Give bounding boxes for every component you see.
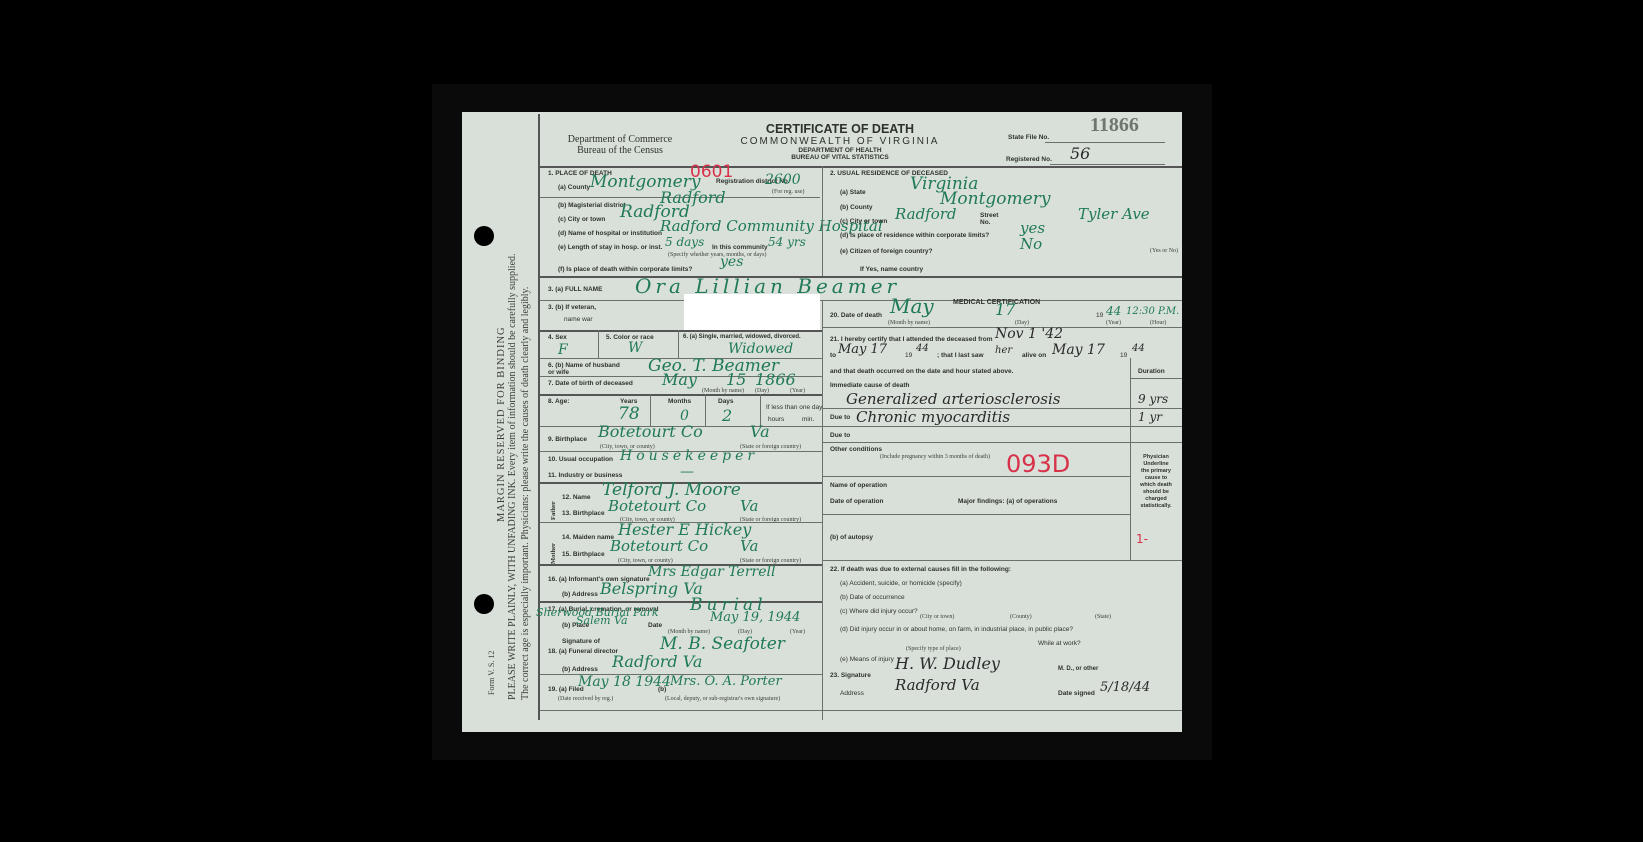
due-to-1-value: Chronic myocarditis	[856, 408, 1010, 426]
certificate-title: CERTIFICATE OF DEATH	[720, 122, 960, 136]
informant-signature-value: Mrs Edgar Terrell	[648, 564, 775, 580]
death-day-value: 17	[995, 300, 1015, 319]
binding-margin-label: MARGIN RESERVED FOR BINDING	[496, 326, 507, 522]
due-to-1-duration-value: 1 yr	[1138, 410, 1162, 424]
reg-district-value: 2600	[765, 172, 801, 188]
death-year-value: 44	[1106, 304, 1121, 318]
father-birth-value: Botetourt Co	[608, 497, 706, 515]
age-years-value: 78	[618, 404, 640, 424]
director-address-value: Radford Va	[612, 652, 702, 671]
date-signed-value: 5/18/44	[1100, 680, 1150, 695]
death-month-value: May	[890, 294, 934, 318]
certificate-form: Department of Commerce Bureau of the Cen…	[538, 114, 1182, 720]
duration-header: Duration	[1138, 368, 1165, 375]
age-days-value: 2	[722, 406, 732, 425]
mother-birth-value: Botetourt Co	[610, 537, 708, 555]
physician-signature-value: H. W. Dudley	[895, 654, 1000, 673]
death-corporate-value: yes	[720, 254, 743, 270]
informant-address-value: Belspring Va	[600, 579, 703, 598]
race-value: W	[628, 340, 642, 356]
dob-month-value: May	[662, 370, 697, 389]
birthplace-value: Botetourt Co	[598, 422, 703, 441]
physician-address-value: Radford Va	[895, 676, 980, 694]
community-value: 54 yrs	[768, 235, 806, 249]
residence-street-value: Tyler Ave	[1078, 205, 1150, 223]
burial-date-value: May 19, 1944	[710, 610, 800, 625]
sex-value: F	[558, 342, 568, 358]
birthplace-state-value: Va	[750, 422, 770, 441]
residence-city-value: Radford	[895, 205, 957, 223]
citizen-value: No	[1020, 235, 1042, 253]
immediate-duration-value: 9 yrs	[1138, 392, 1168, 406]
dept-commerce: Department of Commerce Bureau of the Cen…	[550, 134, 690, 156]
state-file-number: 11866	[1090, 114, 1139, 137]
instructions-line-1: PLEASE WRITE PLAINLY, WITH UNFADING INK.…	[507, 253, 518, 700]
side-mark: 1-	[1136, 532, 1148, 546]
code-stamp-093d: 093D	[1006, 450, 1070, 478]
death-hour-value: 12:30 P.M.	[1126, 306, 1179, 317]
alive-on-value: May 17	[1052, 342, 1105, 358]
filed-date-value: May 18 1944	[578, 674, 671, 690]
certificate-subtitle: COMMONWEALTH OF VIRGINIA	[720, 136, 960, 147]
binding-hole-bottom	[474, 594, 494, 614]
registrar-signature-value: Mrs. O. A. Porter	[670, 674, 782, 689]
dob-year-value: 1866	[755, 370, 796, 389]
redacted-block	[684, 294, 820, 332]
registered-number: 56	[1070, 144, 1090, 163]
marital-value: Widowed	[728, 341, 793, 357]
father-birth-state-value: Va	[740, 497, 758, 515]
funeral-director-value: M. B. Seafoter	[660, 634, 785, 654]
certificate-title-block: CERTIFICATE OF DEATH COMMONWEALTH OF VIR…	[720, 122, 960, 161]
binding-hole-top	[474, 226, 494, 246]
burial-place-value: Salem Va	[576, 614, 628, 627]
industry-value: —	[680, 464, 694, 480]
stay-value: 5 days	[665, 235, 704, 249]
dob-day-value: 15	[726, 370, 746, 389]
attended-to-value: May 17	[838, 342, 887, 357]
form-number: Form V. S. 12	[487, 651, 496, 695]
occupation-value: Housekeeper	[620, 448, 758, 464]
mother-birth-state-value: Va	[740, 537, 758, 555]
physician-instruction-box: Physician Underline the primary cause to…	[1134, 454, 1178, 510]
immediate-cause-value: Generalized arteriosclerosis	[846, 390, 1060, 408]
attended-from-value: Nov 1 '42	[995, 326, 1063, 342]
instructions-line-2: The correct age is especially important.…	[520, 287, 531, 700]
